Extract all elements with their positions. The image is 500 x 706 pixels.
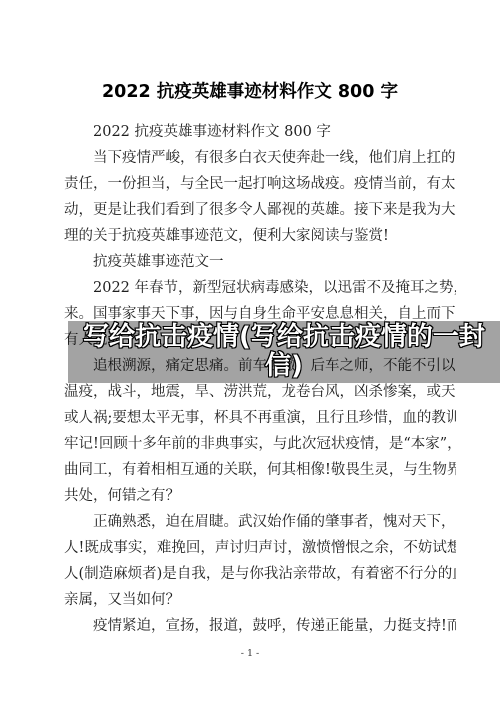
body-line: 抗疫英雄事迹范文一 xyxy=(64,249,456,275)
overlay-title-band: 写给抗击疫情(写给抗击疫情的一封信) xyxy=(68,321,500,383)
body-line: 疫情紧迫，宣扬，报道，鼓呼，传递正能量，力挺支持!而不分青 xyxy=(64,613,456,639)
body-line: 共处，何错之有？ xyxy=(64,483,456,509)
body-line: 动，更是让我们看到了很多令人鄙视的英雄。接下来是我为大家整 xyxy=(64,197,456,223)
body-line: 责任，一份担当，与全民一起打响这场战疫。疫情当前，有太多感 xyxy=(64,171,456,197)
body-line: 曲同工，有着相相互通的关联，何其相像!敬畏生灵，与生物界和谐 xyxy=(64,457,456,483)
document-page: 2022 抗疫英雄事迹材料作文 800 字 2022 抗疫英雄事迹材料作文 80… xyxy=(0,0,500,706)
overlay-title-line: 信) xyxy=(265,352,303,381)
body-line: 或人祸;要想太平无事，杯具不再重演，且行且珍惜，血的教训，当 xyxy=(64,405,456,431)
body-line: 2022 年春节，新型冠状病毒感染，以迅雷不及掩耳之势，席卷而 xyxy=(64,275,456,301)
body-line: 亲属，又当如何？ xyxy=(64,587,456,613)
body-line: 2022 抗疫英雄事迹材料作文 800 字 xyxy=(64,119,456,145)
body-line: 当下疫情严峻，有很多白衣天使奔赴一线，他们肩上扛的是一份 xyxy=(64,145,456,171)
page-number-footer: - 1 - xyxy=(0,648,500,659)
body-line: 理的关于抗疫英雄事迹范文，便利大家阅读与鉴赏! xyxy=(64,223,456,249)
body-line: 牢记!回顾十多年前的非典事实，与此次冠状疫情，是“本家”，异 xyxy=(64,431,456,457)
body-line: 人!既成事实，难挽回，声讨归声讨，激愤憎恨之余，不妨试想：那 xyxy=(64,535,456,561)
document-title: 2022 抗疫英雄事迹材料作文 800 字 xyxy=(0,78,500,103)
body-line: 人(制造麻烦者)是自我，是与你我沾亲带故，有着密不行分的血缘 xyxy=(64,561,456,587)
body-line: 正确熟悉，迫在眉睫。武汉始作俑的肇事者，愧对天下，无颜见 xyxy=(64,509,456,535)
overlay-title-line: 写给抗击疫情(写给抗击疫情的一封 xyxy=(83,323,485,352)
